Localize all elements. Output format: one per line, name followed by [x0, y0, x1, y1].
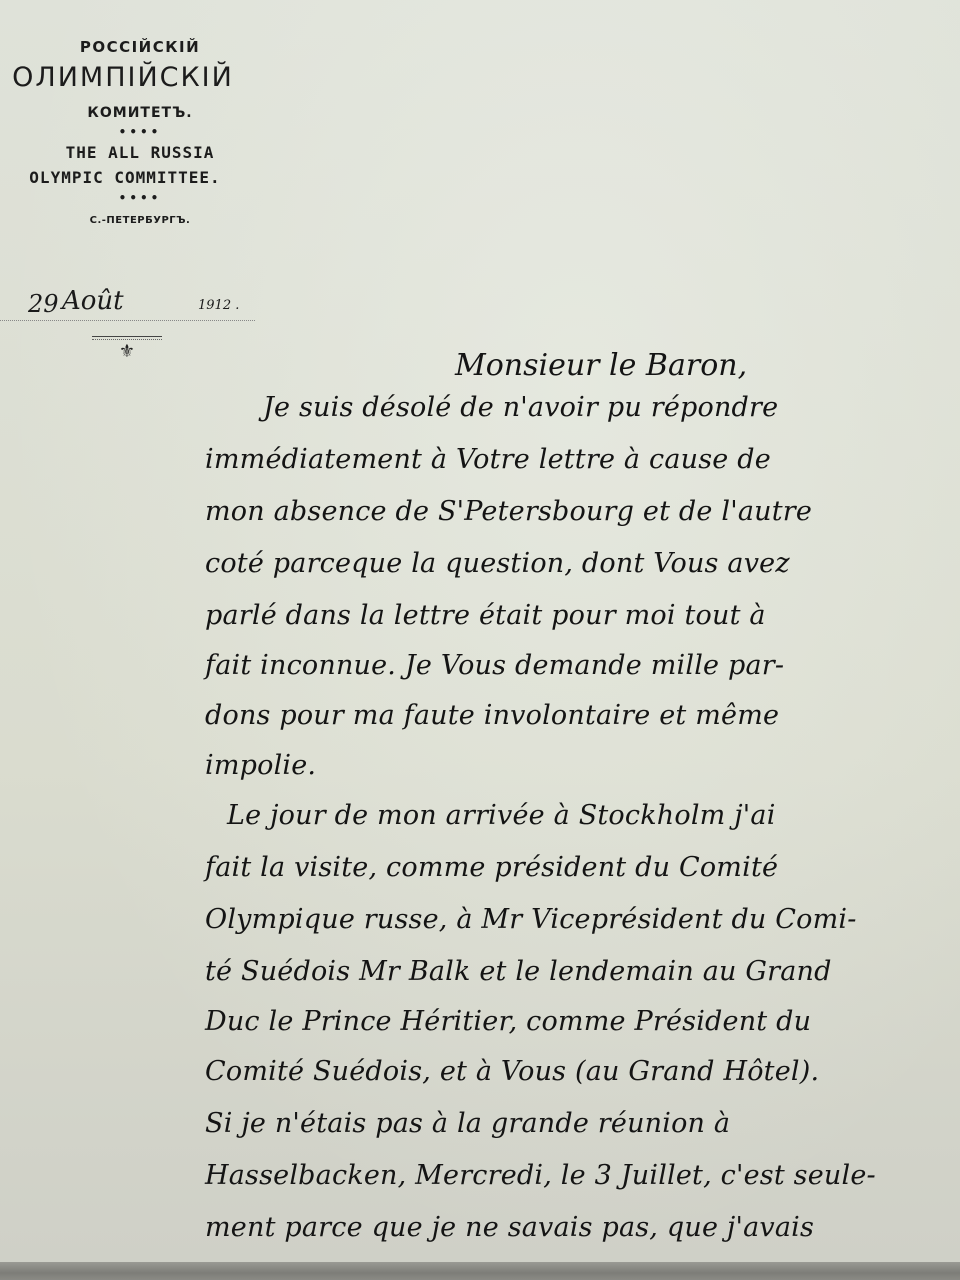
letter-line: Je suis désolé de n'avoir pu répondre: [263, 392, 778, 423]
letterhead-english-line2: OLYMPIC COMMITTEE.: [0, 168, 260, 187]
letter-line: immédiatement à Votre lettre à cause de: [205, 444, 771, 475]
letter-line: mon absence de S'Petersbourg et de l'aut…: [205, 496, 812, 527]
letterhead: РОССIЙСКIЙ ОЛИМПIЙСКIЙ КОМИТЕТЪ. •••• TH…: [0, 38, 260, 226]
date-year: 1912 .: [198, 298, 239, 313]
letter-line: Olympique russe, à Mr Viceprésident du C…: [205, 904, 857, 935]
letter-line: ment parce que je ne savais pas, que j'a…: [205, 1212, 814, 1243]
letterhead-russian-line3: КОМИТЕТЪ.: [20, 105, 260, 121]
letter-line: fait inconnue. Je Vous demande mille par…: [205, 650, 784, 681]
letter-line: parlé dans la lettre était pour moi tout…: [205, 600, 766, 631]
letter-line: Duc le Prince Héritier, comme Président …: [205, 1006, 811, 1037]
letterhead-russian-line1: РОССIЙСКIЙ: [20, 38, 260, 56]
letter-date: 29 Août 1912 .: [0, 290, 255, 321]
letter-paper: РОССIЙСКIЙ ОЛИМПIЙСКIЙ КОМИТЕТЪ. •••• TH…: [0, 0, 960, 1262]
letter-line: coté parceque la question, dont Vous ave…: [205, 548, 790, 579]
letter-line: té Suédois Mr Balk et le lendemain au Gr…: [205, 956, 832, 987]
salutation: Monsieur le Baron,: [455, 348, 747, 383]
ornament: ⚜: [92, 336, 162, 360]
letter-line: fait la visite, comme président du Comit…: [205, 852, 778, 883]
page-edge-shadow: [0, 1262, 960, 1280]
letter-line: dons pour ma faute involontaire et même: [205, 700, 779, 731]
letterhead-english-line1: THE ALL RUSSIA: [20, 143, 260, 162]
date-month: Août: [62, 286, 124, 316]
letter-line: impolie.: [205, 750, 316, 781]
date-day: 29: [28, 290, 59, 318]
letter-line: Le jour de mon arrivée à Stockholm j'ai: [227, 800, 776, 831]
ornament-rule: [92, 336, 162, 340]
letter-line: Si je n'étais pas à la grande réunion à: [205, 1108, 730, 1139]
letter-line: Comité Suédois, et à Vous (au Grand Hôte…: [205, 1056, 819, 1087]
letterhead-separator: ••••: [20, 125, 260, 139]
letter-line: Hasselbacken, Mercredi, le 3 Juillet, c'…: [205, 1160, 876, 1191]
letterhead-russian-line2: ОЛИМПIЙСКIЙ: [0, 62, 260, 93]
fleur-de-lis-icon: ⚜: [92, 342, 162, 360]
letterhead-separator-2: ••••: [20, 191, 260, 205]
letterhead-city: С.-ПЕТЕРБУРГЪ.: [20, 215, 260, 226]
